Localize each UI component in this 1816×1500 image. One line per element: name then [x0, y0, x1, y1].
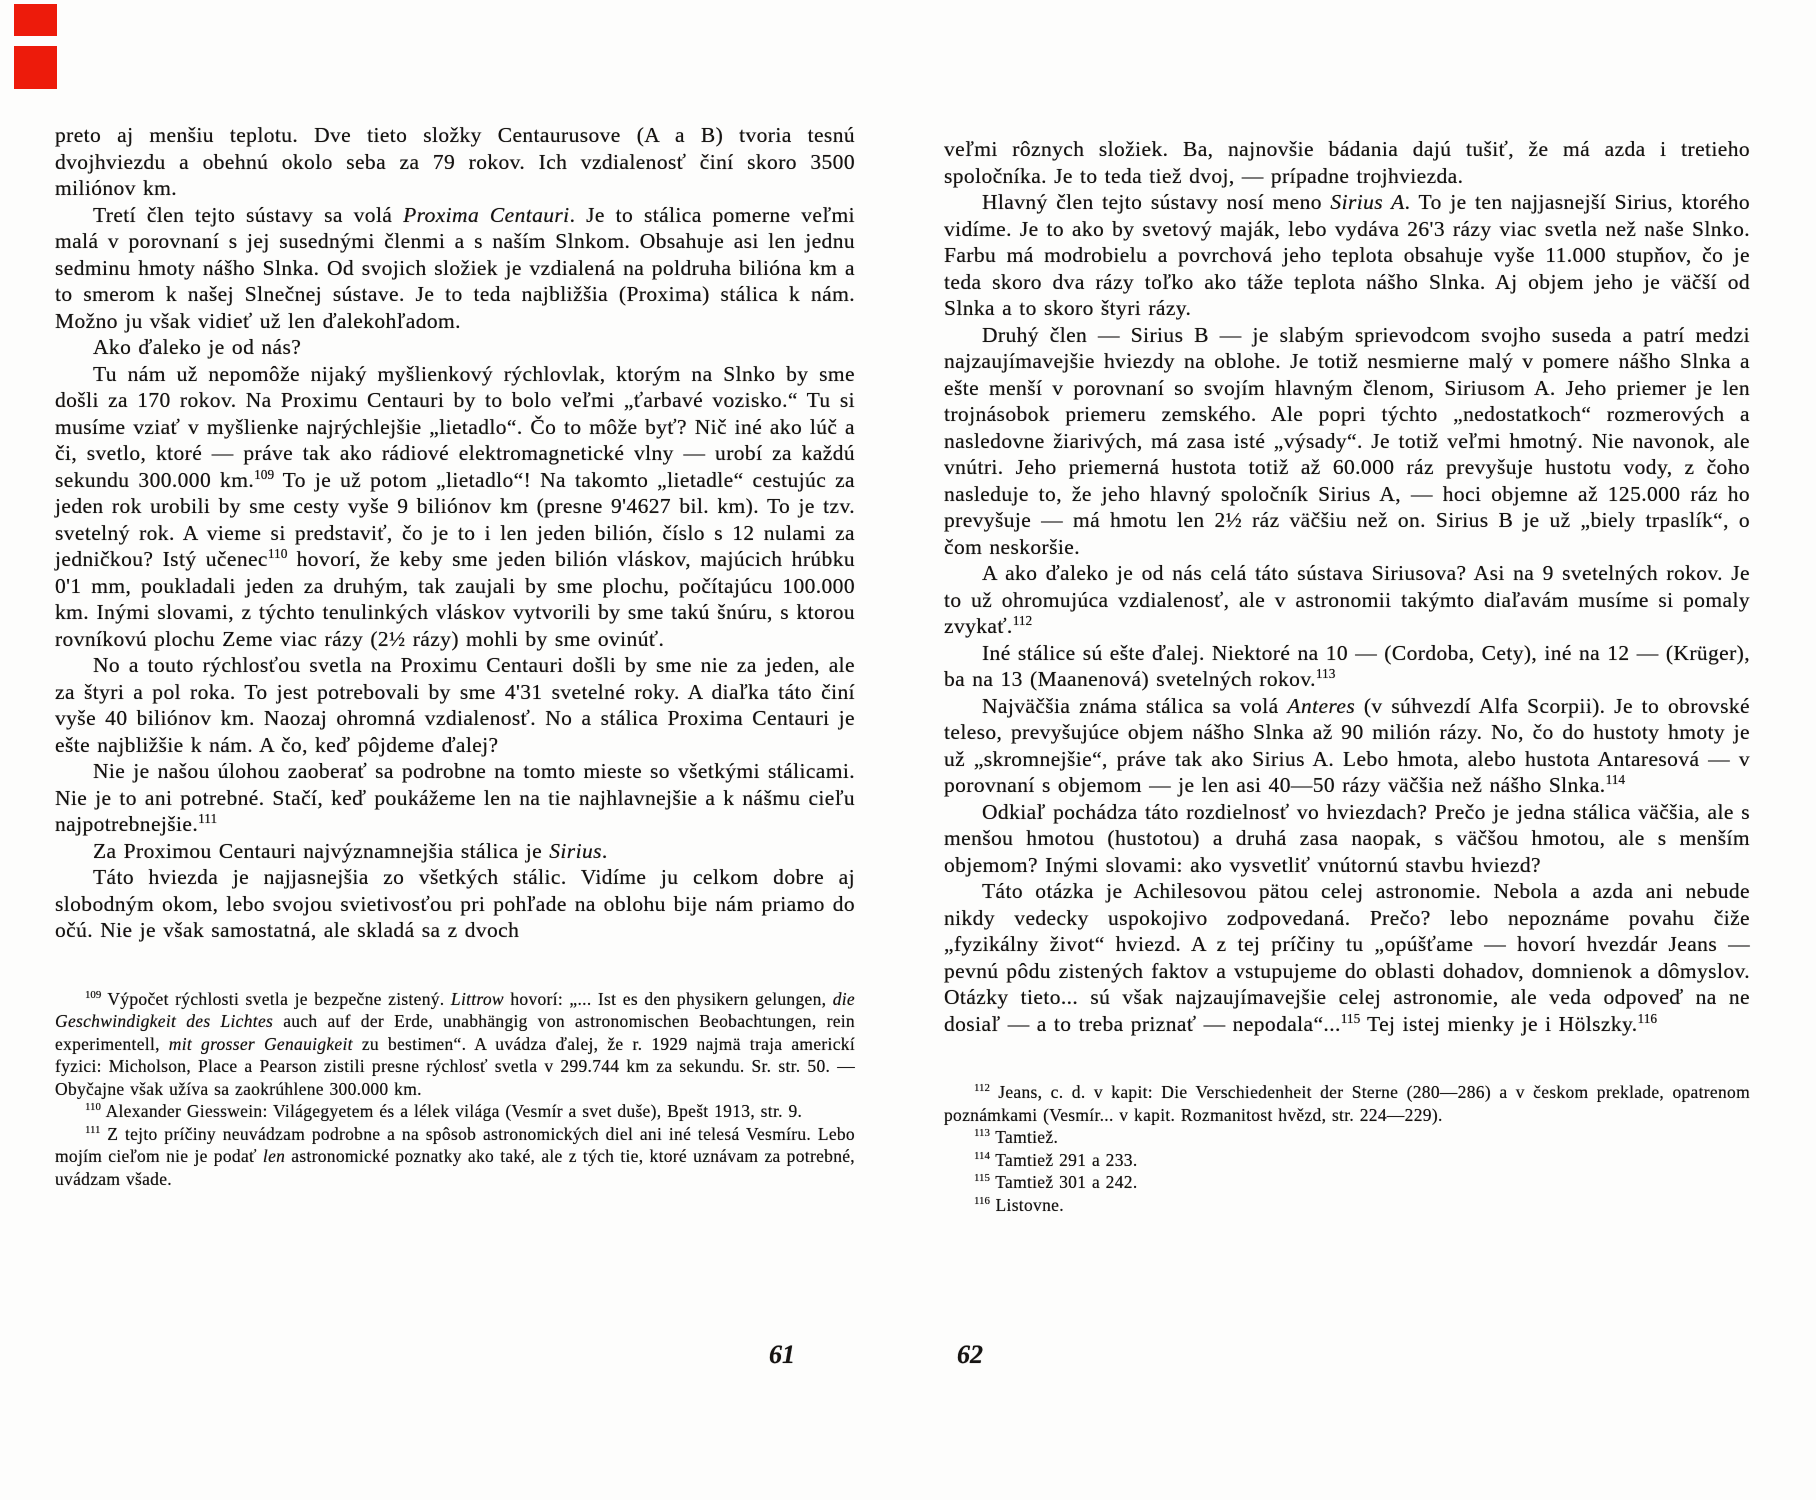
paragraph: Ako ďaleko je od nás? — [55, 334, 855, 361]
paragraph: Iné stálice sú ešte ďalej. Niektoré na 1… — [944, 640, 1750, 693]
footnote: 111 Z tejto príčiny neuvádzam podrobne a… — [55, 1123, 855, 1191]
footnote: 109 Výpočet rýchlosti svetla je bezpečne… — [55, 988, 855, 1101]
paragraph: Nie je našou úlohou zaoberať sa podrobne… — [55, 758, 855, 838]
page-number-right: 62 — [957, 1340, 983, 1370]
footnote: 113 Tamtiež. — [944, 1126, 1750, 1149]
left-body-text: preto aj menšiu teplotu. Dve tieto složk… — [55, 122, 855, 944]
footnote: 116 Listovne. — [944, 1194, 1750, 1217]
footnote: 112 Jeans, c. d. v kapit: Die Verschiede… — [944, 1081, 1750, 1126]
left-footnotes: 109 Výpočet rýchlosti svetla je bezpečne… — [55, 988, 855, 1191]
paragraph: Druhý člen — Sirius B — je slabým spriev… — [944, 322, 1750, 561]
page-right: veľmi rôznych složiek. Ba, najnovšie bád… — [944, 136, 1750, 1216]
page-left: preto aj menšiu teplotu. Dve tieto složk… — [55, 122, 855, 1190]
paragraph: Táto otázka je Achilesovou pätou celej a… — [944, 878, 1750, 1037]
footnote: 110 Alexander Giesswein: Világegyetem és… — [55, 1100, 855, 1123]
paragraph: No a touto rýchlosťou svetla na Proximu … — [55, 652, 855, 758]
paragraph: Odkiaľ pochádza táto rozdielnosť vo hvie… — [944, 799, 1750, 879]
paragraph: Za Proximou Centauri najvýznamnejšia stá… — [55, 838, 855, 865]
right-footnotes: 112 Jeans, c. d. v kapit: Die Verschiede… — [944, 1081, 1750, 1216]
paragraph: Tu nám už nepomôže nijaký myšlienkový rý… — [55, 361, 855, 653]
page-number-left: 61 — [55, 1340, 795, 1370]
paragraph: A ako ďaleko je od nás celá táto sústava… — [944, 560, 1750, 640]
paragraph: Najväčšia známa stálica sa volá Anteres … — [944, 693, 1750, 799]
paragraph: veľmi rôznych složiek. Ba, najnovšie bád… — [944, 136, 1750, 189]
paragraph: Táto hviezda je najjasnejšia zo všetkých… — [55, 864, 855, 944]
red-registration-mark-top — [14, 4, 57, 36]
footnote: 114 Tamtiež 291 a 233. — [944, 1149, 1750, 1172]
paragraph: Hlavný člen tejto sústavy nosí meno Siri… — [944, 189, 1750, 322]
red-registration-mark-bottom — [14, 46, 57, 89]
right-body-text: veľmi rôznych složiek. Ba, najnovšie bád… — [944, 136, 1750, 1037]
footnote: 115 Tamtiež 301 a 242. — [944, 1171, 1750, 1194]
paragraph: preto aj menšiu teplotu. Dve tieto složk… — [55, 122, 855, 202]
paragraph: Tretí člen tejto sústavy sa volá Proxima… — [55, 202, 855, 335]
